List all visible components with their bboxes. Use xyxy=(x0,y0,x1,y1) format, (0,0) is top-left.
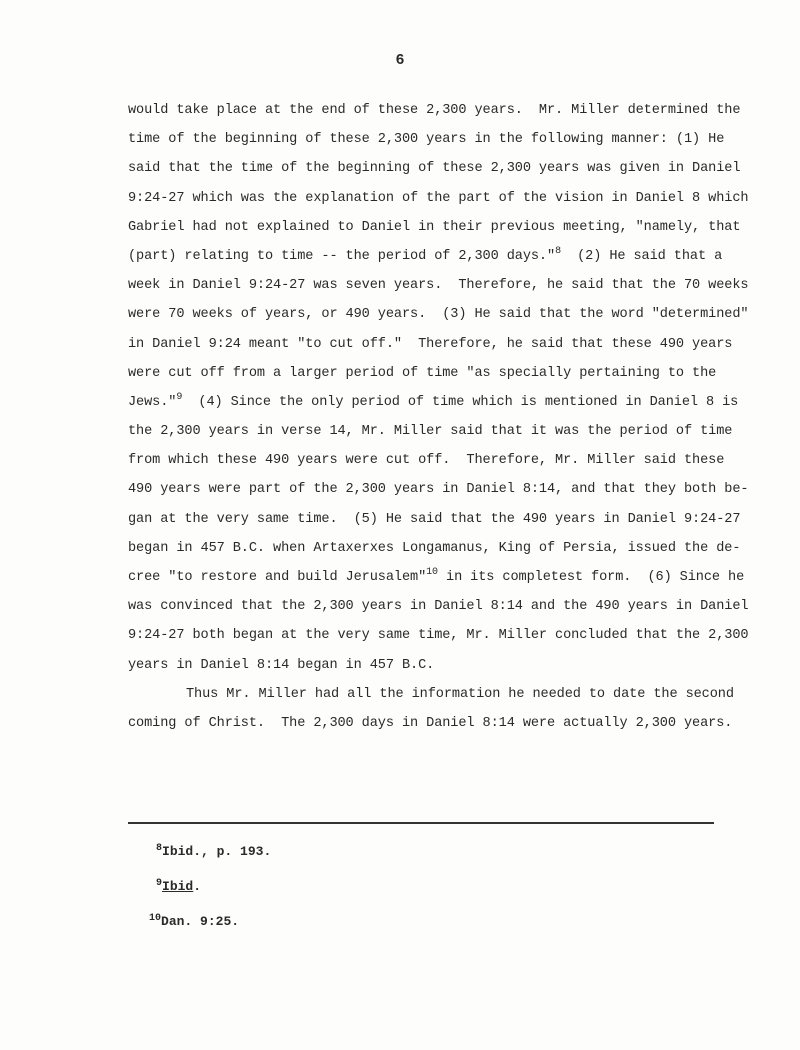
text-line: 9:24-27 which was the explanation of the… xyxy=(128,184,728,213)
text-line: the 2,300 years in verse 14, Mr. Miller … xyxy=(128,417,728,446)
body-text: would take place at the end of these 2,3… xyxy=(128,96,728,738)
footnote-detail: , p. 193. xyxy=(201,844,271,859)
text-line: 9:24-27 both began at the very same time… xyxy=(128,621,728,650)
line-text: would take place at the end of these 2,3… xyxy=(128,103,740,118)
line-text: Thus Mr. Miller had all the information … xyxy=(186,687,734,702)
text-line: in Daniel 9:24 meant "to cut off." There… xyxy=(128,330,728,359)
line-text: in Daniel 9:24 meant "to cut off." There… xyxy=(128,337,732,352)
text-line: gan at the very same time. (5) He said t… xyxy=(128,505,728,534)
line-text: years in Daniel 8:14 began in 457 B.C. xyxy=(128,658,434,673)
text-line: time of the beginning of these 2,300 yea… xyxy=(128,125,728,154)
footnotes: 8Ibid., p. 193.9Ibid.10Dan. 9:25. xyxy=(156,842,271,947)
text-line: 490 years were part of the 2,300 years i… xyxy=(128,475,728,504)
text-line: week in Daniel 9:24-27 was seven years. … xyxy=(128,271,728,300)
text-line: (part) relating to time -- the period of… xyxy=(128,242,728,271)
text-line: was convinced that the 2,300 years in Da… xyxy=(128,592,728,621)
text-line: years in Daniel 8:14 began in 457 B.C. xyxy=(128,651,728,680)
line-text: (part) relating to time -- the period of… xyxy=(128,249,555,264)
line-text: (4) Since the only period of time which … xyxy=(182,395,738,410)
line-text: began in 457 B.C. when Artaxerxes Longam… xyxy=(128,541,740,556)
footnote-separator xyxy=(128,822,714,824)
text-line: were cut off from a larger period of tim… xyxy=(128,359,728,388)
text-line: cree "to restore and build Jerusalem"10 … xyxy=(128,563,728,592)
text-line: from which these 490 years were cut off.… xyxy=(128,446,728,475)
line-text: 490 years were part of the 2,300 years i… xyxy=(128,482,748,497)
line-text: gan at the very same time. (5) He said t… xyxy=(128,512,740,527)
line-text: said that the time of the beginning of t… xyxy=(128,161,740,176)
footnote-10: 10Dan. 9:25. xyxy=(149,912,271,947)
line-text: were 70 weeks of years, or 490 years. (3… xyxy=(128,307,748,322)
footnote-8: 8Ibid., p. 193. xyxy=(156,842,271,877)
line-text: 9:24-27 which was the explanation of the… xyxy=(128,191,748,206)
line-text: week in Daniel 9:24-27 was seven years. … xyxy=(128,278,748,293)
text-line: Jews."9 (4) Since the only period of tim… xyxy=(128,388,728,417)
footnote-number: 10 xyxy=(149,913,161,924)
page-number: 6 xyxy=(0,52,800,69)
text-line: began in 457 B.C. when Artaxerxes Longam… xyxy=(128,534,728,563)
footnote-detail: 9:25. xyxy=(192,914,239,929)
line-text: was convinced that the 2,300 years in Da… xyxy=(128,599,748,614)
text-line: would take place at the end of these 2,3… xyxy=(128,96,728,125)
footnote-detail: . xyxy=(193,879,201,894)
text-line: Gabriel had not explained to Daniel in t… xyxy=(128,213,728,242)
line-text: the 2,300 years in verse 14, Mr. Miller … xyxy=(128,424,732,439)
text-line: said that the time of the beginning of t… xyxy=(128,154,728,183)
line-text: in its completest form. (6) Since he xyxy=(438,570,744,585)
footnote-ref: 10 xyxy=(426,567,438,578)
text-line: Thus Mr. Miller had all the information … xyxy=(128,680,728,709)
footnote-9: 9Ibid. xyxy=(156,877,271,912)
line-text: Jews." xyxy=(128,395,176,410)
text-line: were 70 weeks of years, or 490 years. (3… xyxy=(128,300,728,329)
line-text: from which these 490 years were cut off.… xyxy=(128,453,724,468)
line-text: time of the beginning of these 2,300 yea… xyxy=(128,132,724,147)
footnote-source: Ibid xyxy=(162,879,193,894)
line-text: were cut off from a larger period of tim… xyxy=(128,366,716,381)
footnote-source: Ibid. xyxy=(162,844,201,859)
line-text: cree "to restore and build Jerusalem" xyxy=(128,570,426,585)
line-text: (2) He said that a xyxy=(561,249,722,264)
footnote-source: Dan. xyxy=(161,914,192,929)
line-text: Gabriel had not explained to Daniel in t… xyxy=(128,220,740,235)
text-line: coming of Christ. The 2,300 days in Dani… xyxy=(128,709,728,738)
line-text: 9:24-27 both began at the very same time… xyxy=(128,628,748,643)
line-text: coming of Christ. The 2,300 days in Dani… xyxy=(128,716,732,731)
